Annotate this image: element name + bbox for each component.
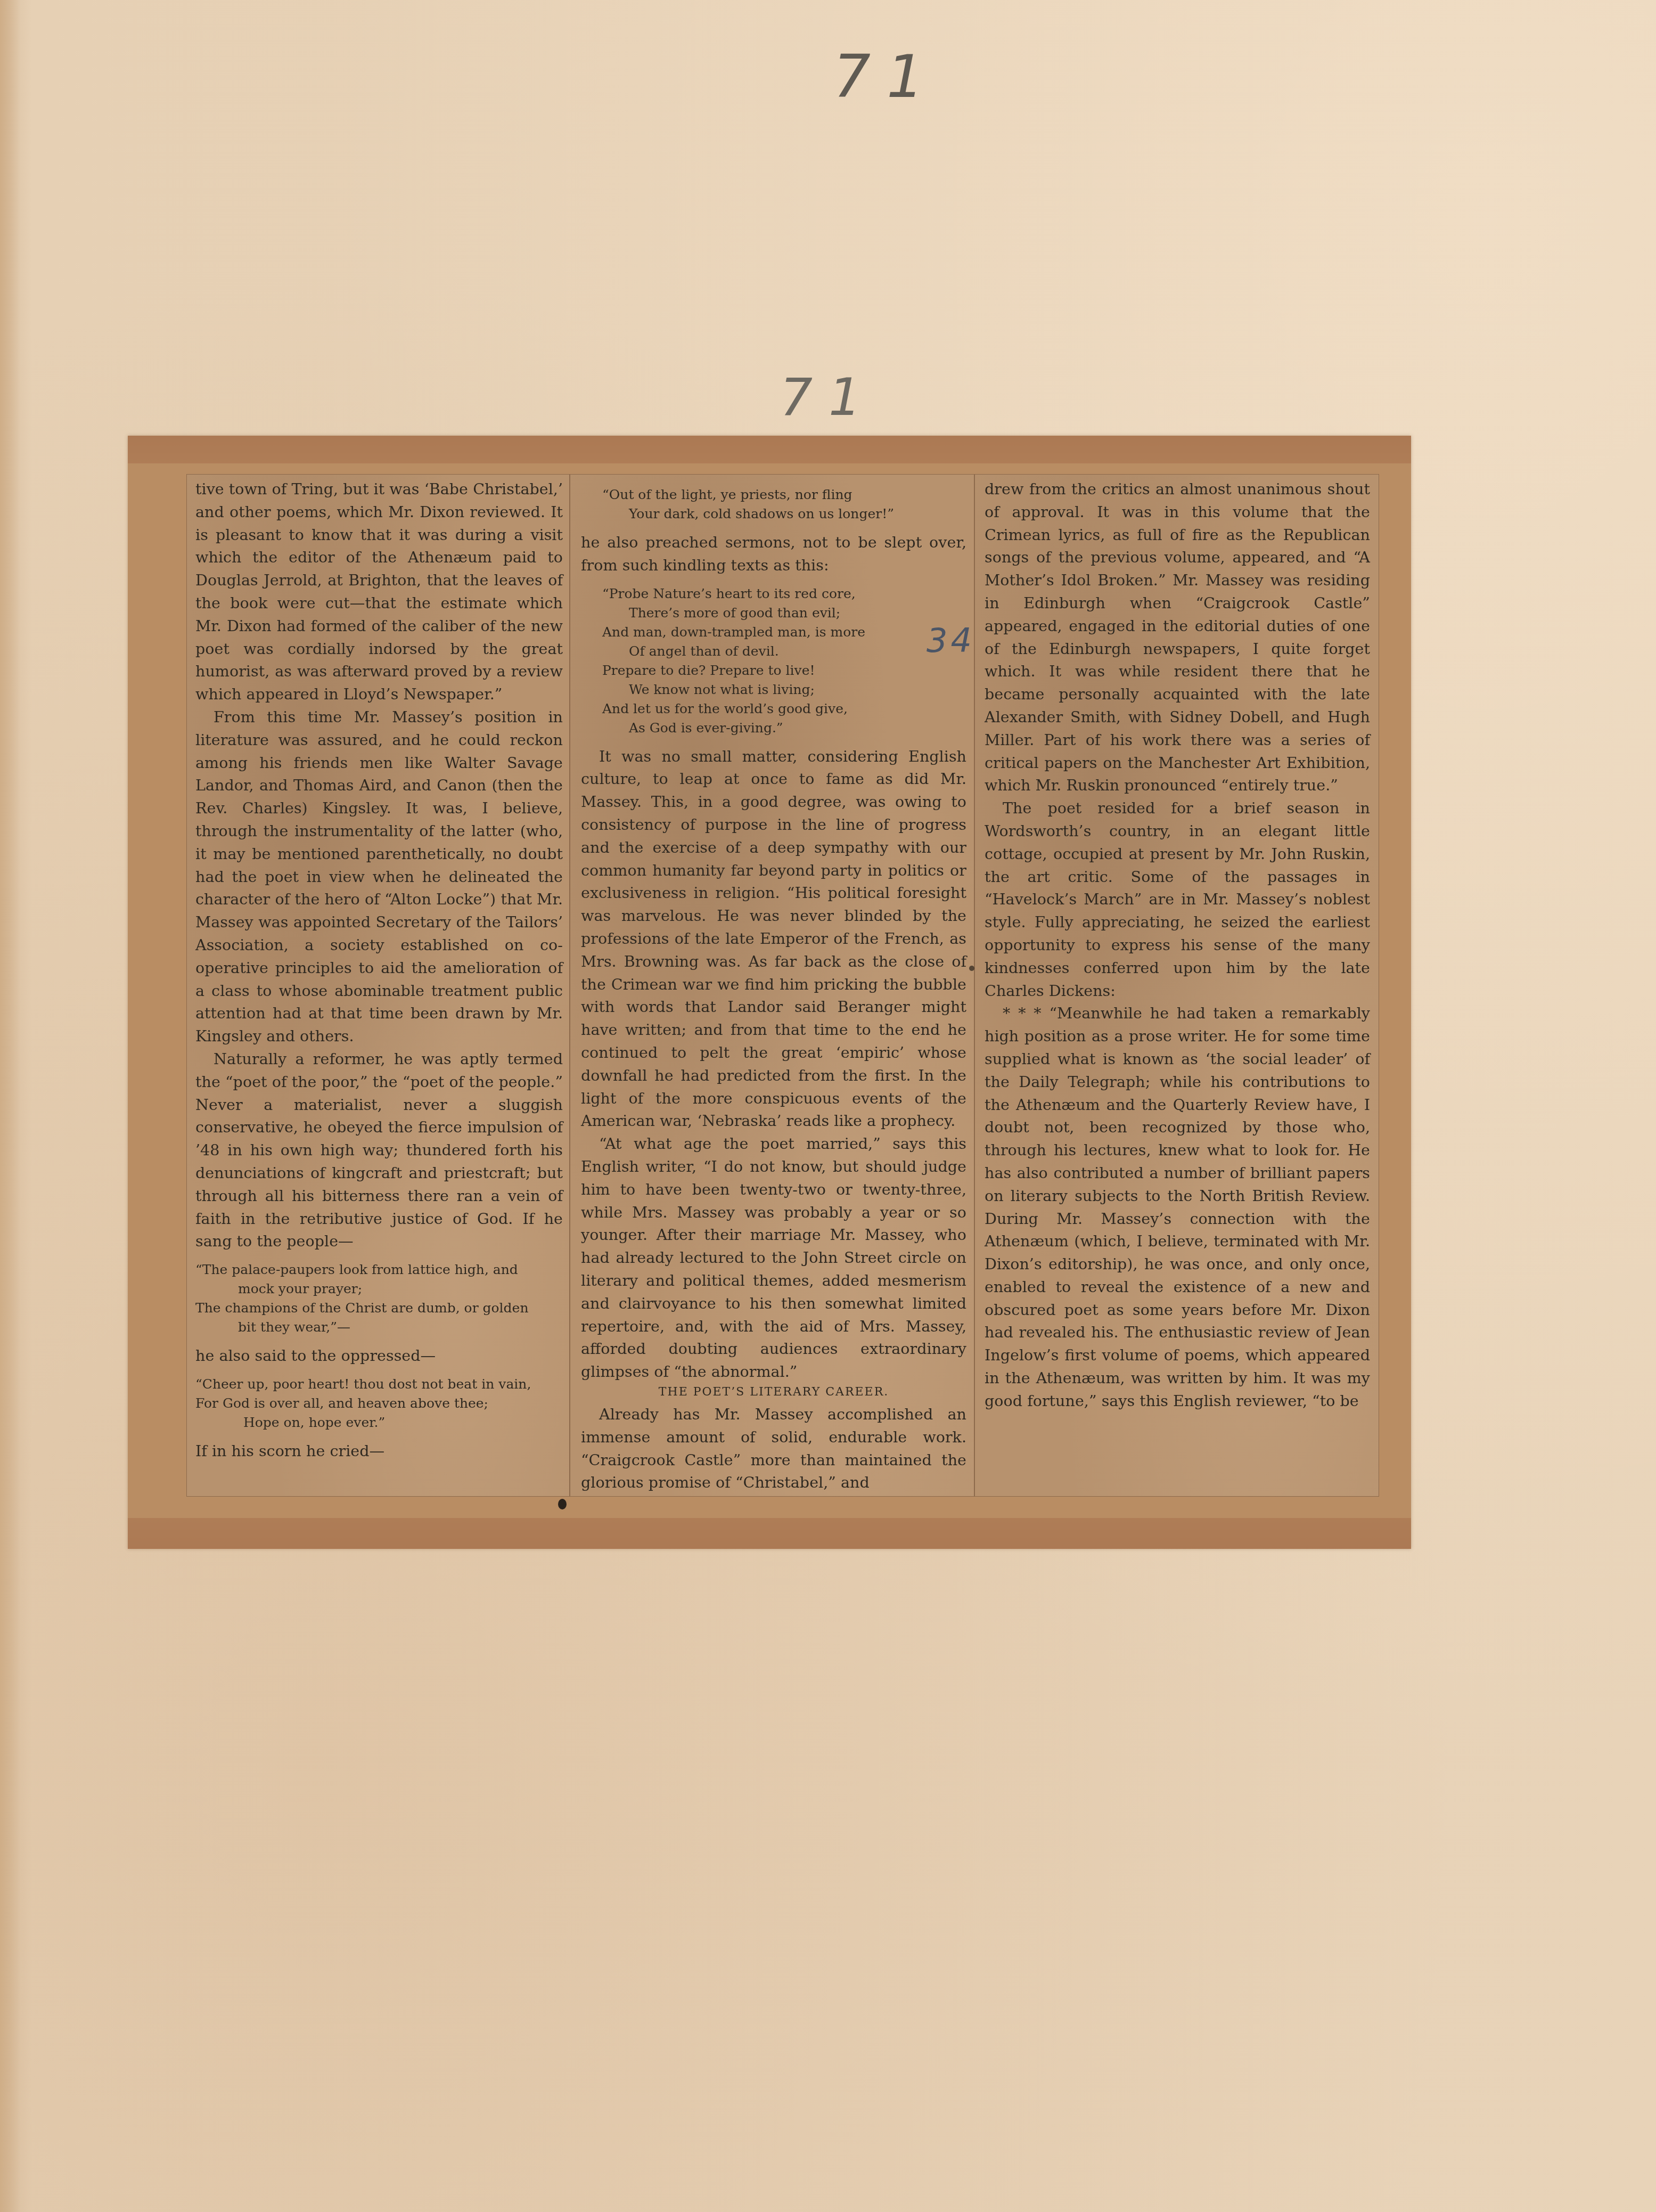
page-number-pencil: 71 bbox=[780, 368, 877, 427]
handwritten-annotation: 34 bbox=[927, 621, 975, 660]
poem-line: There’s more of good than evil; bbox=[581, 603, 966, 623]
poem-line: The champions of the Christ are dumb, or… bbox=[195, 1299, 563, 1318]
poem-quotation: “Cheer up, poor heart! thou dost not bea… bbox=[195, 1375, 563, 1432]
taped-clipping-frame: tive town of Tring, but it was ‘Babe Chr… bbox=[128, 436, 1411, 1549]
poem-line: mock your prayer; bbox=[195, 1279, 563, 1299]
ink-spot bbox=[969, 966, 974, 971]
article-paragraph: he also said to the oppressed— bbox=[195, 1344, 563, 1367]
poem-line: We know not what is living; bbox=[581, 680, 966, 699]
poem-line: Prepare to die? Prepare to live! bbox=[581, 661, 966, 680]
poem-line: “Probe Nature’s heart to its red core, bbox=[581, 584, 966, 603]
poem-line: As God is ever-giving.” bbox=[581, 719, 966, 738]
article-paragraph: “At what age the poet married,” says thi… bbox=[581, 1132, 966, 1383]
page-number-top: 71 bbox=[833, 43, 940, 111]
article-paragraph: It was no small matter, considering Engl… bbox=[581, 745, 966, 1133]
article-paragraph: drew from the critics an almost unanimou… bbox=[985, 478, 1370, 797]
page-edge-shadow bbox=[0, 0, 20, 2212]
newspaper-column-3: drew from the critics an almost unanimou… bbox=[974, 474, 1379, 1497]
poem-line: bit they wear,”— bbox=[195, 1318, 563, 1337]
article-paragraph: * * * “Meanwhile he had taken a remarkab… bbox=[985, 1002, 1370, 1412]
tape-strip-bottom bbox=[128, 1518, 1411, 1549]
newspaper-column-2: “Out of the light, ye priests, nor fling… bbox=[570, 474, 974, 1497]
poem-line: Your dark, cold shadows on us longer!” bbox=[581, 504, 966, 524]
poem-line: For God is over all, and heaven above th… bbox=[195, 1394, 563, 1413]
article-paragraph: he also preached sermons, not to be slep… bbox=[581, 531, 966, 577]
poem-quotation: “Out of the light, ye priests, nor fling… bbox=[581, 485, 966, 524]
article-paragraph: If in his scorn he cried— bbox=[195, 1440, 563, 1463]
article-paragraph: From this time Mr. Massey’s position in … bbox=[195, 706, 563, 1048]
poem-line: And man, down-trampled man, is more bbox=[581, 623, 966, 642]
poem-line: Hope on, hope ever.” bbox=[195, 1413, 563, 1432]
poem-line: Of angel than of devil. bbox=[581, 642, 966, 661]
section-heading: THE POET’S LITERARY CAREER. bbox=[581, 1385, 966, 1399]
newspaper-column-1: tive town of Tring, but it was ‘Babe Chr… bbox=[186, 474, 570, 1497]
article-paragraph: tive town of Tring, but it was ‘Babe Chr… bbox=[195, 478, 563, 706]
poem-line: “The palace-paupers look from lattice hi… bbox=[195, 1260, 563, 1279]
tape-strip-top bbox=[128, 436, 1411, 463]
poem-line: And let us for the world’s good give, bbox=[581, 699, 966, 719]
ink-spot bbox=[558, 1499, 567, 1509]
poem-quotation: “Probe Nature’s heart to its red core,Th… bbox=[581, 584, 966, 738]
article-paragraph: The poet resided for a brief season in W… bbox=[985, 797, 1370, 1002]
article-paragraph: Already has Mr. Massey accomplished an i… bbox=[581, 1403, 966, 1494]
poem-quotation: “The palace-paupers look from lattice hi… bbox=[195, 1260, 563, 1337]
poem-line: “Out of the light, ye priests, nor fling bbox=[581, 485, 966, 504]
article-paragraph: Naturally a reformer, he was aptly terme… bbox=[195, 1048, 563, 1253]
poem-line: “Cheer up, poor heart! thou dost not bea… bbox=[195, 1375, 563, 1394]
